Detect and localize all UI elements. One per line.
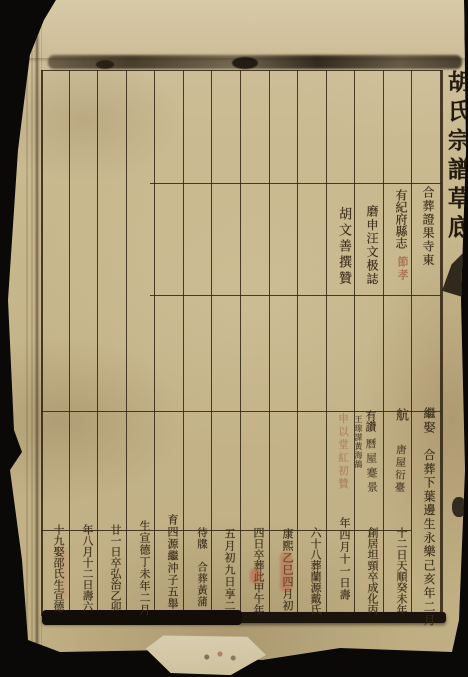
entry-column: 五月初九日享二 [217, 528, 235, 618]
grid-line-vertical [269, 70, 270, 616]
grid-line-horizontal [150, 183, 441, 184]
grid-line-vertical [411, 70, 412, 616]
grid-line-vertical [41, 70, 43, 616]
grid-line-vertical [69, 70, 70, 616]
scan-background: 胡氏宗譜草底 合葬證果寺東 有紀府縣志 節孝 磨申汪文极誌 胡文善撰贊 繼娶 合… [0, 0, 468, 677]
ink-blot-edge [452, 497, 466, 517]
entry-column: 年八月十二日壽六 [75, 524, 93, 618]
grid-line-vertical [383, 70, 384, 616]
grid-line-vertical [211, 70, 212, 616]
entry-column: 待牒 合葬黃蒲 [189, 527, 207, 619]
grid-line-horizontal [150, 295, 441, 296]
ink-spot-top-left [96, 60, 114, 69]
red-correction-mark [250, 568, 262, 584]
grid-line-horizontal [41, 411, 441, 412]
entry-column: 六十八葬蘭源戴氏 [303, 527, 321, 619]
entry-column: 廿一日卒弘治乙卯 [103, 524, 121, 618]
annotation-gazetteer-red: 節孝 [390, 256, 408, 290]
mid-annotation-note-right: 唐屋衍臺 [386, 444, 406, 505]
scanned-page: 胡氏宗譜草底 合葬證果寺東 有紀府縣志 節孝 磨申汪文极誌 胡文善撰贊 繼娶 合… [0, 0, 468, 677]
annotation-epitaph: 磨申汪文极誌 [360, 205, 378, 297]
entry-column: 生宣德丁未年二月 [132, 520, 150, 618]
pencil-scribble [198, 646, 242, 666]
grid-line-vertical [183, 70, 184, 616]
column-remarriage: 繼娶 合葬下葉邊生永樂己亥年二月 [417, 407, 435, 619]
grid-line-vertical [326, 70, 327, 616]
annotation-burial: 合葬證果寺東 [416, 186, 434, 276]
margin-title: 胡氏宗譜草底 [440, 70, 468, 270]
ink-spot-top-center [232, 57, 258, 69]
entry-column: 育四源繼沖子五舉 [160, 514, 178, 619]
grid-line-vertical [354, 70, 355, 616]
entry-column: 十二日天順癸未年 [389, 527, 407, 619]
grid-line-horizontal [41, 70, 442, 71]
grid-line-vertical [154, 70, 155, 616]
grid-line-vertical [297, 70, 298, 616]
mid-annotation-head-right: 航 [389, 408, 407, 428]
entry-column: 年四月十一日壽 [332, 517, 350, 619]
grid-line-vertical [97, 70, 98, 616]
grid-line-vertical [240, 70, 241, 616]
red-correction-mark [280, 552, 292, 592]
entry-column: 創居坦頸卒成化丙 [360, 527, 378, 619]
mid-annotation-red-note: 申以堂紅初贊 [330, 413, 348, 508]
annotation-gazetteer: 有紀府縣志 [389, 189, 407, 259]
grid-line-vertical [126, 70, 127, 616]
annotation-eulogy: 胡文善撰贊 [332, 207, 350, 295]
red-ink-smear [60, 548, 68, 600]
